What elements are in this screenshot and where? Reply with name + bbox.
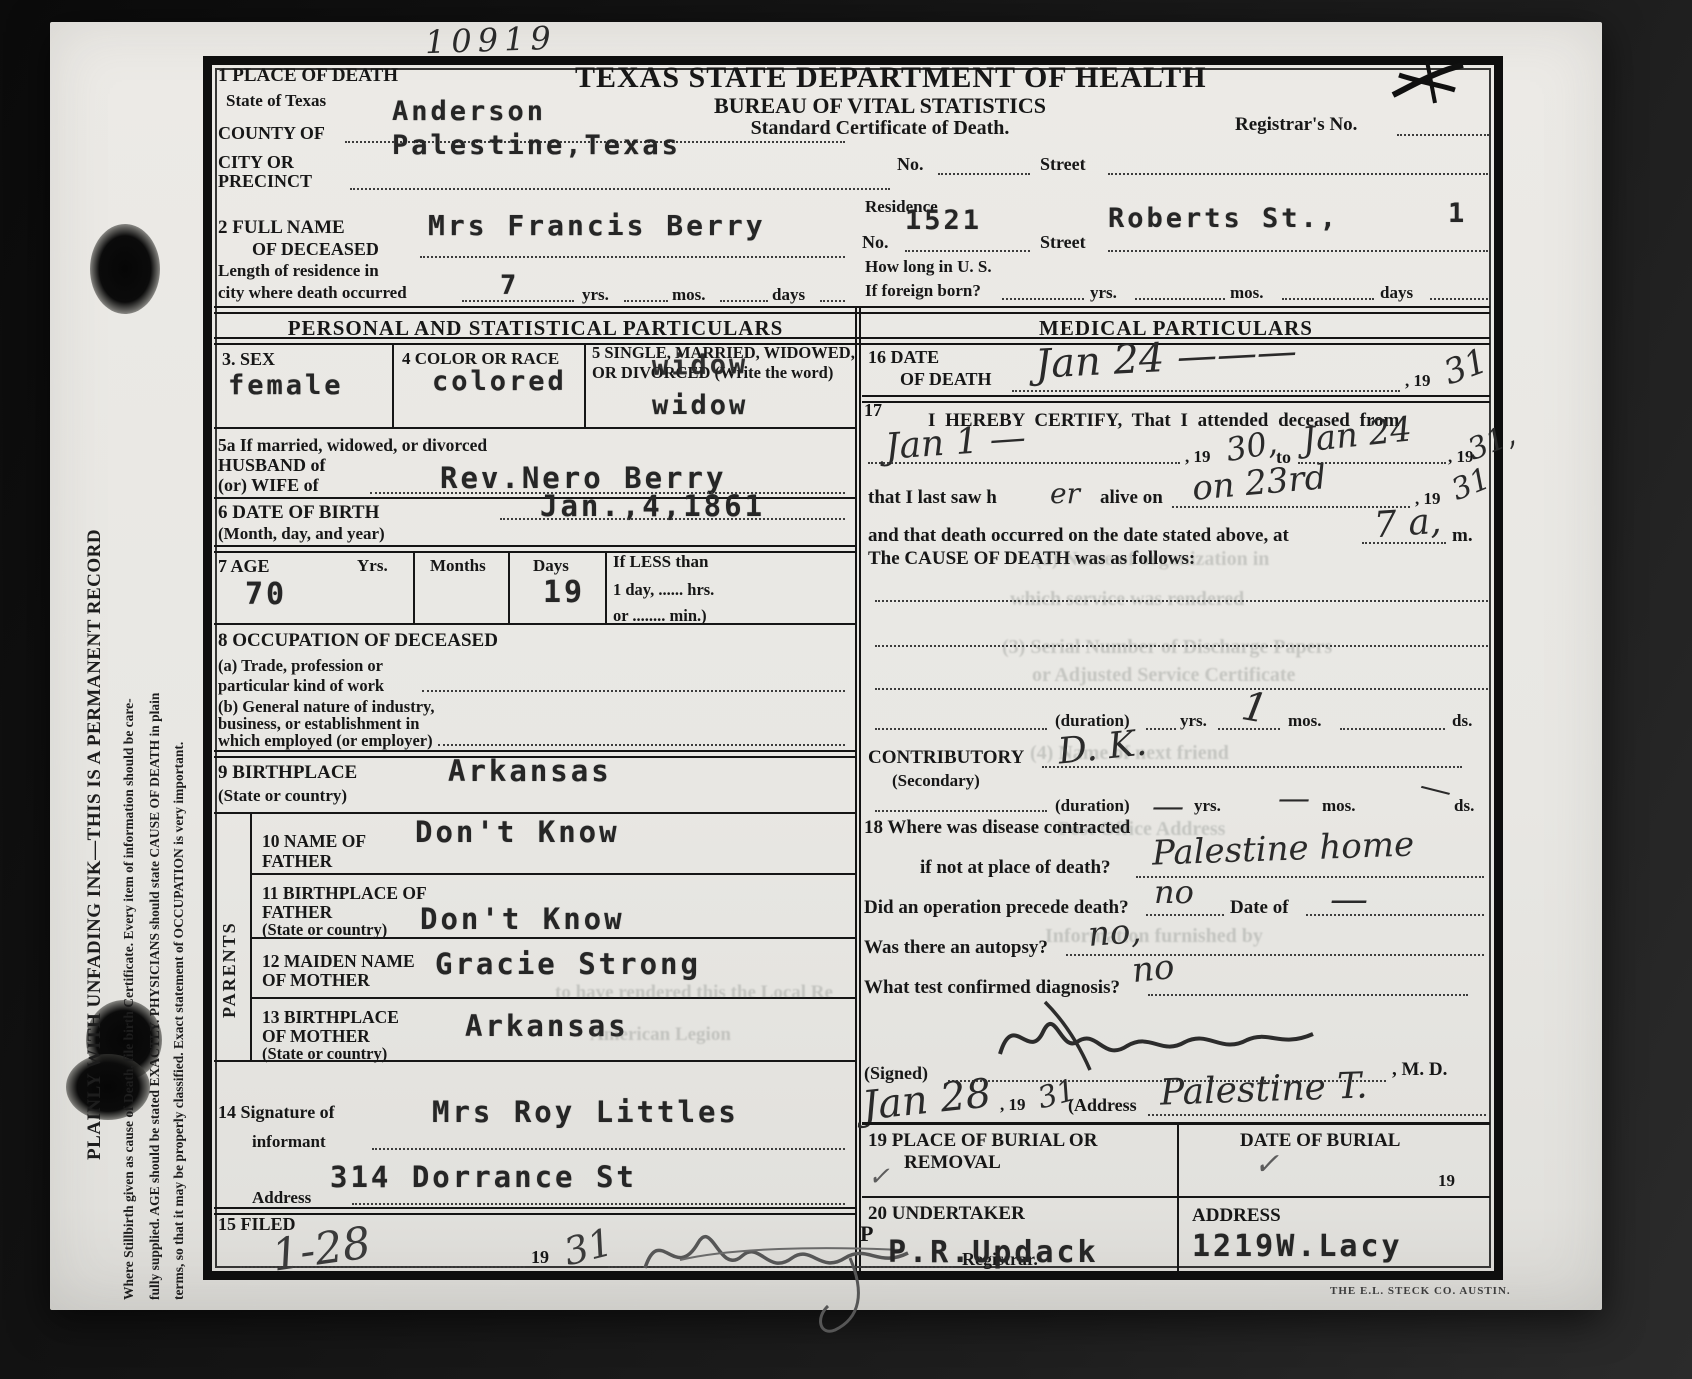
rule [862,1196,1490,1198]
dotted-line [938,173,1030,175]
less-than-label1: If LESS than [613,553,708,571]
duration-ds-label: ds. [1452,712,1472,730]
dotted-line [1362,542,1446,544]
undertaker-label: 20 UNDERTAKER [868,1204,1025,1224]
dotted-line [372,1148,845,1150]
us-mos-label: mos. [1230,284,1264,302]
test-value: no [1130,950,1176,988]
dotted-line [1282,298,1374,300]
age-days-label: Days [533,557,569,575]
duration-mos-label: mos. [1288,712,1322,730]
county-label: COUNTY OF [218,124,325,143]
occupation-b2: business, or establishment in [218,715,419,732]
ward-number-value: 1 [1448,200,1467,227]
occupation-b1: (b) General nature of industry, [218,698,435,715]
mother-birthplace-label2: OF MOTHER [262,1027,370,1045]
section2-label: 2 FULL NAME [218,218,345,238]
rule [250,873,857,875]
dotted-line [1218,728,1280,730]
scratch-mark [1385,55,1470,110]
cell-divider [584,345,586,427]
dotted-line [350,188,890,190]
operation-date-label: Date of [1230,898,1289,918]
operation-value: no [1154,876,1194,908]
undertaker-address-label: ADDRESS [1192,1206,1281,1226]
dotted-line [1002,298,1084,300]
punch-hole [66,1054,150,1120]
residence-street-value: Roberts St., [1108,205,1339,232]
cert-title: Standard Certificate of Death. [700,118,1060,139]
dotted-line [240,1266,525,1268]
death-date-label1: 16 DATE [868,348,939,367]
yrs-label: yrs. [582,286,609,304]
mother-name-value: Gracie Strong [435,950,701,979]
bleed-through-text: American Legion [590,1024,731,1046]
printer-credit: THE E.L. STECK CO. AUSTIN. [1330,1286,1511,1298]
rule [214,545,857,553]
us-yrs-label: yrs. [1090,284,1117,302]
dotted-line [1397,134,1489,136]
spouse-label-line1: 5a If married, widowed, or divorced [218,436,487,454]
dotted-line [1306,914,1484,916]
informant-label2: informant [252,1133,326,1151]
cell-divider [508,553,510,623]
column-divider [855,308,861,1271]
cell-divider [392,345,394,427]
us-length-label2: If foreign born? [865,282,981,300]
mother-birthplace-label1: 13 BIRTHPLACE [262,1008,399,1026]
deceased-label: OF DECEASED [252,240,379,259]
us-days-label: days [1380,284,1413,302]
dotted-line [875,688,1488,690]
row1-no-label: No. [897,155,924,174]
birthplace-sublabel: (State or country) [218,787,347,805]
spouse-label-line2: HUSBAND of [218,456,326,475]
dotted-line [1135,298,1225,300]
cell-divider [413,553,415,623]
secondary-label: (Secondary) [892,772,980,790]
parents-divider [250,812,252,1060]
burial-place-checkmark: ✓ [868,1164,890,1190]
bleed-through-text: which service was rendered [1010,588,1244,611]
duration2-label: (duration) [1055,797,1130,815]
dept-title: TEXAS STATE DEPARTMENT OF HEALTH [575,62,1185,94]
margin-instruction-line3: fully supplied. AGE should be stated EXA… [147,95,163,1300]
precinct-label: PRECINCT [218,172,312,191]
operation-date-dash: — [1330,880,1368,918]
bleed-through-text: (4) Name of next friend [1030,742,1229,765]
dotted-line [1148,1114,1486,1116]
attended-from-value: Jan 1 — [884,420,1027,466]
birthdate-value: Jan.,4,1861 [540,492,765,521]
dotted-line [868,462,1180,464]
marital-value: widow [652,392,748,419]
bleed-through-text: Post Office Address [1058,818,1225,841]
mother-name-label2: OF MOTHER [262,971,370,989]
contributory-label: CONTRIBUTORY [868,748,1024,768]
dotted-line [1430,298,1488,300]
dotted-line [905,250,1030,252]
from-year-pre: , 19 [1185,448,1211,466]
birthplace-label: 9 BIRTHPLACE [218,763,357,783]
father-name-value: Don't Know [415,818,620,847]
bleed-through-text: to have rendered this the Local Re [555,982,833,1004]
state-label: State of Texas [226,92,326,110]
signed-address-value: Palestine T. [1159,1068,1368,1111]
last-saw-label1: that I last saw h [868,488,997,508]
undertaker-address-value: 1219W.Lacy [1192,1232,1403,1262]
scanned-document-background: PLAINLY WITH UNFADING INK—THIS IS A PERM… [0,0,1692,1379]
age-label: 7 AGE [218,557,270,576]
parents-label: PARENTS [219,868,240,1018]
duration2-dash2: — [1278,782,1310,814]
duration2-yrs-label: yrs. [1194,797,1221,815]
signed-address-label: (Address [1068,1096,1137,1115]
residence-no-label: No. [862,233,889,252]
rule [862,1122,1490,1125]
sex-label: 3. SEX [222,350,275,369]
dotted-line [1146,728,1176,730]
father-name-label2: FATHER [262,852,332,870]
age-days-value: 19 [543,578,585,608]
bleed-through-text: (3) Serial Number of Discharge Papers [1002,636,1332,659]
color-race-value: colored [432,368,567,395]
rule [862,395,1490,403]
city-label: CITY OR [218,153,294,172]
death-date-year-pre: , 19 [1405,372,1431,390]
father-birthplace-value: Don't Know [420,905,625,934]
mother-name-label1: 12 MAIDEN NAME [262,952,415,970]
undertaker-stray-mark: P [860,1222,873,1245]
section1-label: 1 PLACE OF DEATH [218,66,398,86]
father-name-label1: 10 NAME OF [262,832,366,850]
us-length-label1: How long in U. S. [865,258,992,276]
filed-year-pre: 19 [531,1248,549,1267]
rule [250,937,857,939]
duration2-mos-label: mos. [1322,797,1356,815]
residence-street-label: Street [1040,233,1086,252]
mos-label: mos. [672,286,706,304]
spouse-label-line3: (or) WIFE of [218,476,319,495]
age-yrs-label: Yrs. [357,557,388,575]
bureau-title: BUREAU OF VITAL STATISTICS [690,94,1070,117]
death-occurred-label: and that death occurred on the date stat… [868,526,1289,546]
occupation-label: 8 OCCUPATION OF DECEASED [218,631,498,651]
attended-to-value: Jan 24 [1301,412,1414,457]
duration2-ds-label: ds. [1454,797,1474,815]
father-birthplace-label1: 11 BIRTHPLACE OF [262,884,427,902]
last-saw-her: er [1050,480,1080,508]
burial-date-checkmark: ✓ [1254,1150,1279,1180]
days-label: days [772,286,805,304]
death-time-value: 7 a, [1373,504,1443,545]
undertaker-value: P.R.Updack [888,1238,1099,1268]
duration-yrs-label: yrs. [1180,712,1207,730]
signed-year-pre: , 19 [1000,1096,1026,1114]
dotted-line [1146,914,1224,916]
death-date-label2: OF DEATH [900,370,992,389]
birthdate-label: 6 DATE OF BIRTH [218,503,379,523]
dotted-line [1042,766,1462,768]
bleed-through-text: (2) Name of organization in [1035,548,1269,571]
file-number-handwritten: 10919 [424,22,557,59]
father-birthplace-label3: (State or country) [262,921,387,938]
margin-instruction-line1: PLAINLY WITH UNFADING INK—THIS IS A PERM… [84,320,106,1160]
length-residence-label1: Length of residence in [218,262,379,280]
rule [214,1060,857,1062]
birthplace-value: Arkansas [448,757,612,786]
last-saw-label2: alive on [1100,488,1163,508]
margin-instruction-line4: terms, so that it may be properly classi… [171,95,187,1300]
residence-no-value: 1521 [905,207,982,234]
father-birthplace-label2: FATHER [262,903,332,921]
dotted-line [1340,728,1445,730]
bleed-through-text: or Adjusted Service Certificate [1032,664,1295,687]
burial-place-label2: REMOVAL [904,1153,1001,1173]
filed-year-handwritten: 31 [560,1223,616,1272]
sex-value: female [228,372,344,399]
dotted-line [462,300,574,302]
dotted-line [820,300,845,302]
not-at-place-label: if not at place of death? [920,858,1111,878]
dotted-line [1012,390,1400,392]
informant-address-label: Address [252,1189,311,1207]
dotted-line [500,518,845,520]
rule [214,427,857,429]
informant-label1: 14 Signature of [218,1103,335,1122]
dotted-line [875,810,1047,812]
length-residence-value: 7 [500,272,519,299]
section17-number: 17 [864,401,882,420]
rule [214,812,857,814]
age-months-label: Months [430,557,486,575]
bleed-through-text: Information furnished by [1045,925,1263,948]
age-yrs-value: 70 [245,580,287,610]
md-label: , M. D. [1392,1060,1447,1080]
deceased-name-value: Mrs Francis Berry [428,212,766,240]
burial-place-label1: 19 PLACE OF BURIAL OR [868,1131,1097,1151]
marital-value-overstrike: widow [652,351,749,380]
dotted-line [875,728,1047,730]
informant-address-value: 314 Dorrance St [330,1163,637,1192]
burial-year-label: 19 [1438,1172,1455,1190]
occupation-a1: (a) Trade, profession or [218,657,383,674]
dotted-line [422,690,845,692]
row1-street-label: Street [1040,155,1086,174]
length-residence-label2: city where death occurred [218,284,407,302]
physician-signature [985,992,1345,1077]
dotted-line [420,256,845,258]
from-year-value: 30, [1224,426,1280,466]
dotted-line [438,744,845,746]
city-value: Palestine,Texas [392,132,681,159]
dotted-line [1108,250,1488,252]
occupation-b3: which employed (or employer) [218,732,433,749]
margin-instruction-line2: Where Stillbirth given as cause of Death… [121,95,137,1300]
left-column-header: PERSONAL AND STATISTICAL PARTICULARS [214,317,857,339]
registrar-no-label: Registrar's No. [1235,115,1357,135]
rule [214,623,857,625]
death-time-m-label: m. [1452,526,1473,546]
dotted-line [1108,173,1488,175]
dotted-line [1066,954,1484,956]
occupation-a2: particular kind of work [218,677,384,694]
autopsy-label: Was there an autopsy? [864,938,1048,958]
filed-date-handwritten: 1-28 [269,1221,373,1278]
cell-divider [605,553,607,623]
birthdate-sublabel: (Month, day, and year) [218,525,385,543]
rule [214,306,1490,314]
informant-value: Mrs Roy Littles [432,1098,739,1127]
less-than-label3: or ........ min.) [613,607,707,624]
dotted-line [624,300,668,302]
county-value: Anderson [392,98,546,125]
less-than-label2: 1 day, ...... hrs. [613,581,714,598]
dotted-line [720,300,768,302]
